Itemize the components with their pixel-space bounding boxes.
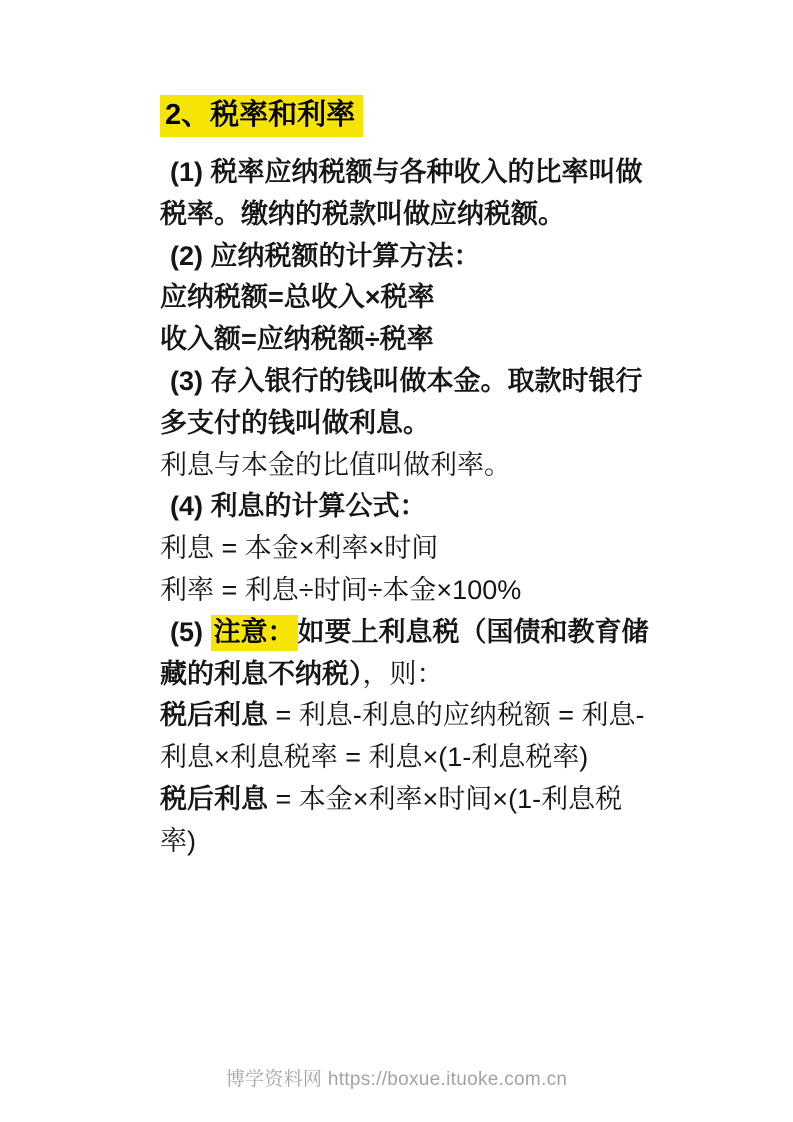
text-note-interest-tax-2-bold: 藏的利息不纳税）	[160, 659, 363, 689]
line-principal-definition-1: (3) 存入银行的钱叫做本金。取款时银行	[160, 361, 640, 403]
text-formula-after-tax-2b: 率)	[160, 826, 196, 856]
note-label-highlight: 注意：	[211, 615, 298, 651]
text-formula-after-tax-2a: = 本金×利率×时间×(1-利息税	[268, 784, 622, 814]
line-formula-after-tax-interest-2a: 税后利息 = 本金×利率×时间×(1-利息税	[160, 779, 640, 821]
line-note-interest-tax-2: 藏的利息不纳税），则：	[160, 654, 640, 696]
line-formula-after-tax-interest-1b: 利息×利息税率 = 利息×(1-利息税率)	[160, 737, 640, 779]
text-tax-rate-definition-2: 税率。缴纳的税款叫做应纳税额。	[160, 199, 565, 229]
section-heading: 2、税率和利率	[160, 93, 640, 137]
footer-url: https://boxue.ituoke.com.cn	[328, 1069, 567, 1090]
line-formula-interest-rate: 利率 = 利息÷时间÷本金×100%	[160, 570, 640, 612]
text-formula-after-tax-1b: 利息×利息税率 = 利息×(1-利息税率)	[160, 742, 588, 772]
line-formula-income: 收入额=应纳税额÷税率	[160, 319, 640, 361]
text-calc-method-heading: (2) 应纳税额的计算方法：	[170, 241, 481, 271]
footer-site-name: 博学资料网	[226, 1069, 323, 1090]
text-note-interest-tax-2-regular: ，则：	[363, 659, 444, 689]
line-formula-interest: 利息 = 本金×利率×时间	[160, 528, 640, 570]
text-tax-rate-definition-1: (1) 税率应纳税额与各种收入的比率叫做	[170, 157, 643, 187]
text-note-interest-tax-1: 如要上利息税（国债和教育储	[298, 617, 649, 647]
text-formula-interest-rate: 利率 = 利息÷时间÷本金×100%	[160, 575, 521, 605]
document-page: 2、税率和利率 (1) 税率应纳税额与各种收入的比率叫做 税率。缴纳的税款叫做应…	[0, 0, 793, 1122]
text-interest-rate-definition: 利息与本金的比值叫做利率。	[160, 450, 511, 480]
text-after-tax-label-2: 税后利息	[160, 784, 268, 814]
text-formula-tax-amount: 应纳税额=总收入×税率	[160, 282, 435, 312]
text-formula-income: 收入额=应纳税额÷税率	[160, 324, 434, 354]
line-tax-rate-definition-2: 税率。缴纳的税款叫做应纳税额。	[160, 194, 640, 236]
notes-content: 2、税率和利率 (1) 税率应纳税额与各种收入的比率叫做 税率。缴纳的税款叫做应…	[160, 93, 640, 863]
text-principal-definition-2: 多支付的钱叫做利息。	[160, 408, 430, 438]
text-interest-formula-heading: (4) 利息的计算公式：	[170, 491, 427, 521]
text-formula-after-tax-1a: = 利息-利息的应纳税额 = 利息-	[268, 700, 645, 730]
section-heading-highlight: 2、税率和利率	[160, 95, 363, 137]
line-principal-definition-2: 多支付的钱叫做利息。	[160, 403, 640, 445]
line-interest-formula-heading: (4) 利息的计算公式：	[160, 486, 640, 528]
line-tax-rate-definition-1: (1) 税率应纳税额与各种收入的比率叫做	[160, 152, 640, 194]
text-formula-interest: 利息 = 本金×利率×时间	[160, 533, 438, 563]
line-formula-after-tax-interest-1a: 税后利息 = 利息-利息的应纳税额 = 利息-	[160, 695, 640, 737]
text-principal-definition-1: (3) 存入银行的钱叫做本金。取款时银行	[170, 366, 643, 396]
line-calc-method-heading: (2) 应纳税额的计算方法：	[160, 236, 640, 278]
text-after-tax-label-1: 税后利息	[160, 700, 268, 730]
line-formula-after-tax-interest-2b: 率)	[160, 821, 640, 863]
line-interest-rate-definition: 利息与本金的比值叫做利率。	[160, 445, 640, 487]
line-note-interest-tax-1: (5) 注意：如要上利息税（国债和教育储	[160, 612, 640, 654]
line-formula-tax-amount: 应纳税额=总收入×税率	[160, 277, 640, 319]
footer-watermark: 博学资料网 https://boxue.ituoke.com.cn	[0, 1068, 793, 1092]
text-note-number: (5)	[170, 617, 211, 647]
